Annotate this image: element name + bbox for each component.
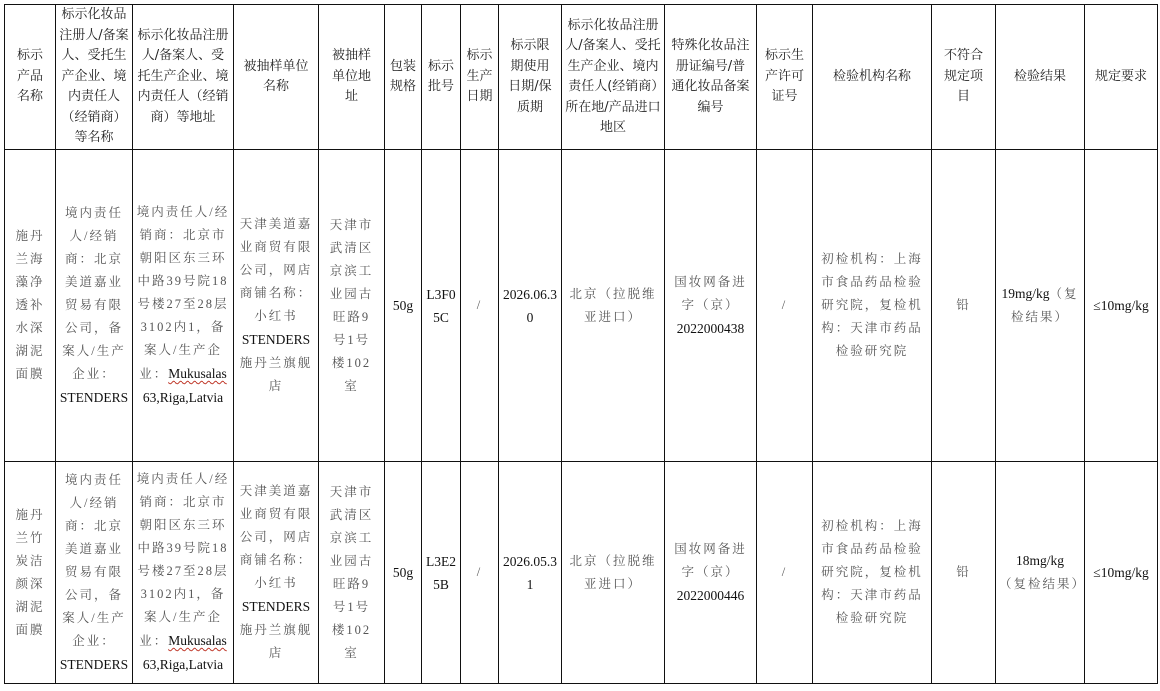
- header-registrant-address: 标示化妆品注册人/备案人、受托生产企业、境内责任人（经销商）等地址: [133, 5, 234, 150]
- sampled-unit-name-text: 天津美道嘉业商贸有限公司，网店商铺名称：小红书: [240, 484, 313, 590]
- header-license-no: 标示生产许可证号: [757, 5, 813, 150]
- registrant-address-en-1: Mukusalas: [168, 633, 227, 648]
- registration-no-value: 2022000438: [677, 321, 745, 336]
- package-spec: 50g: [385, 150, 422, 462]
- package-spec: 50g: [385, 462, 422, 684]
- registrant-address-en-2: 63,Riga,Latvia: [143, 390, 223, 405]
- requirement: ≤10mg/kg: [1085, 150, 1158, 462]
- product-name: 施丹兰海藻净透补水深湖泥面膜: [5, 150, 56, 462]
- inspection-results-table: 标示产品名称 标示化妆品注册人/备案人、受托生产企业、境内责任人（经销商）等名称…: [4, 4, 1158, 684]
- registrant-name: 境内责任人/经销商：北京美道嘉业贸易有限公司，备案人/生产企业： STENDER…: [56, 462, 133, 684]
- header-production-date: 标示生产日期: [461, 5, 499, 150]
- sampled-unit-name: 天津美道嘉业商贸有限公司，网店商铺名称：小红书 STENDERS 施丹兰旗舰店: [234, 150, 319, 462]
- result-note: （复检结果）: [999, 577, 1085, 591]
- registrant-name: 境内责任人/经销商：北京美道嘉业贸易有限公司，备案人/生产企业： STENDER…: [56, 150, 133, 462]
- sampled-unit-name-store: 施丹兰旗舰店: [240, 356, 313, 393]
- header-expiry: 标示限期使用日期/保质期: [499, 5, 562, 150]
- requirement: ≤10mg/kg: [1085, 462, 1158, 684]
- sampled-unit-address: 天津市武清区京滨工业园古旺路9号1号楼102室: [319, 462, 385, 684]
- header-product-name: 标示产品名称: [5, 5, 56, 150]
- production-date: /: [461, 150, 499, 462]
- result: 18mg/kg （复检结果）: [996, 462, 1085, 684]
- registration-no-prefix: 国妆网备进字（京）: [674, 542, 747, 579]
- registrant-name-en: STENDERS: [60, 657, 128, 672]
- sampled-unit-name-store: 施丹兰旗舰店: [240, 623, 313, 660]
- license-no: /: [757, 150, 813, 462]
- registrant-address-en-1: Mukusalas: [168, 366, 227, 381]
- nonconforming-item: 铅: [932, 462, 996, 684]
- registrant-address-en-2: 63,Riga,Latvia: [143, 657, 223, 672]
- table-row: 施丹兰竹炭洁颜深湖泥面膜 境内责任人/经销商：北京美道嘉业贸易有限公司，备案人/…: [5, 462, 1158, 684]
- license-no: /: [757, 462, 813, 684]
- registrant-address-text: 境内责任人/经销商：北京市朝阳区东三环中路39号院18号楼27至28层3102内…: [137, 205, 229, 381]
- table-row: 施丹兰海藻净透补水深湖泥面膜 境内责任人/经销商：北京美道嘉业贸易有限公司，备案…: [5, 150, 1158, 462]
- inspection-org: 初检机构：上海市食品药品检验研究院，复检机构：天津市药品检验研究院: [813, 462, 932, 684]
- expiry: 2026.06.30: [499, 150, 562, 462]
- batch-no: L3E25B: [422, 462, 461, 684]
- header-inspection-org: 检验机构名称: [813, 5, 932, 150]
- product-name: 施丹兰竹炭洁颜深湖泥面膜: [5, 462, 56, 684]
- header-result: 检验结果: [996, 5, 1085, 150]
- nonconforming-item: 铅: [932, 150, 996, 462]
- sampled-unit-name-text: 天津美道嘉业商贸有限公司，网店商铺名称：小红书: [240, 217, 313, 323]
- header-nonconforming-item: 不符合规定项目: [932, 5, 996, 150]
- inspection-org: 初检机构：上海市食品药品检验研究院，复检机构：天津市药品检验研究院: [813, 150, 932, 462]
- result: 19mg/kg（复检结果）: [996, 150, 1085, 462]
- registrant-name-text: 境内责任人/经销商：北京美道嘉业贸易有限公司，备案人/生产企业：: [62, 206, 125, 381]
- registration-no: 国妆网备进字（京） 2022000446: [665, 462, 757, 684]
- registrant-address: 境内责任人/经销商：北京市朝阳区东三环中路39号院18号楼27至28层3102内…: [133, 150, 234, 462]
- result-value: 19mg/kg: [1001, 286, 1049, 301]
- header-sampled-unit-name: 被抽样单位名称: [234, 5, 319, 150]
- production-date: /: [461, 462, 499, 684]
- result-value: 18mg/kg: [1016, 553, 1064, 568]
- registration-no: 国妆网备进字（京） 2022000438: [665, 150, 757, 462]
- header-origin: 标示化妆品注册人/备案人、受托生产企业、境内责任人(经销商）所在地/产品进口地区: [562, 5, 665, 150]
- registrant-name-en: STENDERS: [60, 390, 128, 405]
- sampled-unit-address: 天津市武清区京滨工业园古旺路9号1号楼102室: [319, 150, 385, 462]
- registrant-address: 境内责任人/经销商：北京市朝阳区东三环中路39号院18号楼27至28层3102内…: [133, 462, 234, 684]
- sampled-unit-name-en: STENDERS: [242, 599, 310, 614]
- sampled-unit-name: 天津美道嘉业商贸有限公司，网店商铺名称：小红书 STENDERS 施丹兰旗舰店: [234, 462, 319, 684]
- batch-no: L3F05C: [422, 150, 461, 462]
- registration-no-value: 2022000446: [677, 588, 745, 603]
- header-batch-no: 标示批号: [422, 5, 461, 150]
- origin: 北京（拉脱维亚进口）: [562, 462, 665, 684]
- sampled-unit-name-en: STENDERS: [242, 332, 310, 347]
- header-registrant-name: 标示化妆品注册人/备案人、受托生产企业、境内责任人（经销商）等名称: [56, 5, 133, 150]
- origin: 北京（拉脱维亚进口）: [562, 150, 665, 462]
- header-registration-no: 特殊化妆品注册证编号/普通化妆品备案编号: [665, 5, 757, 150]
- registration-no-prefix: 国妆网备进字（京）: [674, 275, 747, 312]
- expiry: 2026.05.31: [499, 462, 562, 684]
- header-row: 标示产品名称 标示化妆品注册人/备案人、受托生产企业、境内责任人（经销商）等名称…: [5, 5, 1158, 150]
- registrant-name-text: 境内责任人/经销商：北京美道嘉业贸易有限公司，备案人/生产企业：: [62, 473, 125, 648]
- header-package-spec: 包装规格: [385, 5, 422, 150]
- header-sampled-unit-address: 被抽样单位地址: [319, 5, 385, 150]
- registrant-address-text: 境内责任人/经销商：北京市朝阳区东三环中路39号院18号楼27至28层3102内…: [137, 472, 229, 648]
- header-requirement: 规定要求: [1085, 5, 1158, 150]
